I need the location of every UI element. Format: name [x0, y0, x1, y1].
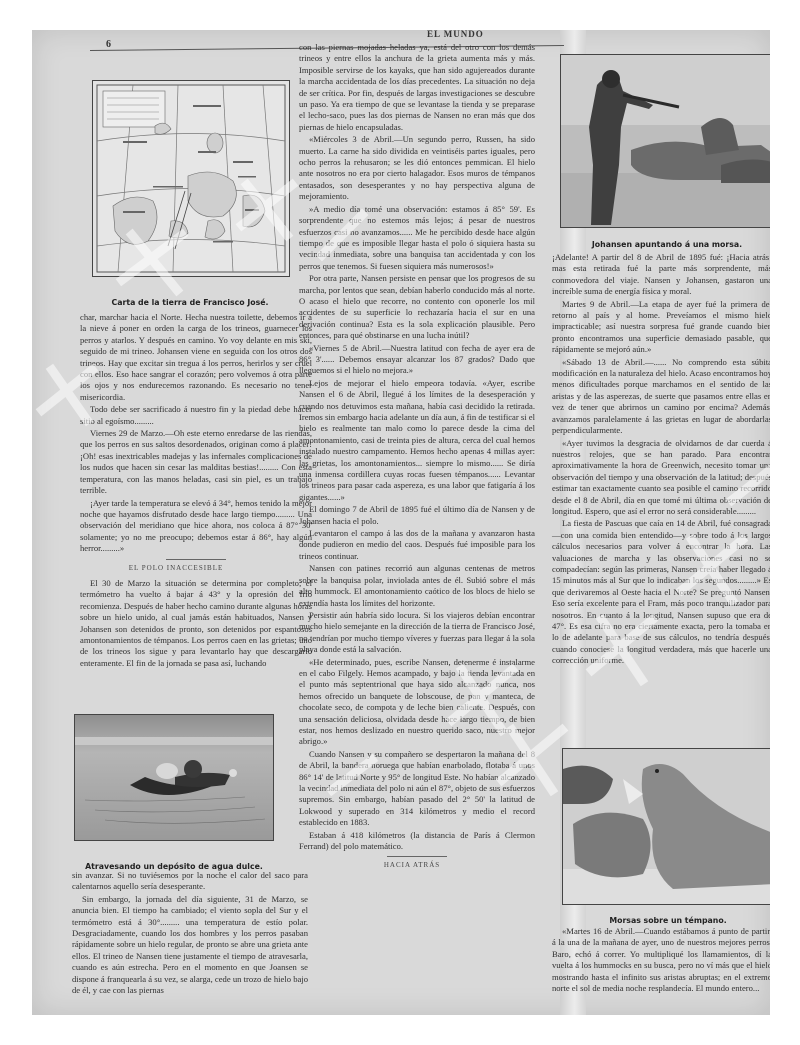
paragraph: Todo debe ser sacrificado á nuestro fin …	[80, 404, 312, 427]
hunter-caption: Johansen apuntando á una morsa.	[560, 240, 770, 249]
photo-johansen-aiming	[560, 54, 770, 228]
section-heading: EL POLO INACCESIBLE	[166, 559, 226, 574]
column-3-bottom-text: «Martes 16 de Abril.—Cuando estábamos á …	[552, 926, 770, 1015]
map-drawing	[93, 81, 289, 276]
paragraph: El domingo 7 de Abril de 1895 fué el últ…	[299, 504, 535, 527]
section-heading: HACIA ATRÁS	[387, 856, 447, 871]
paragraph: char, marchar hacia el Norte. Hecha nues…	[80, 312, 312, 403]
paragraph: ¡Adelante! A partir del 8 de Abril de 18…	[552, 252, 770, 298]
paragraph: ¡Ayer tarde la temperatura se elevó á 34…	[80, 498, 312, 555]
paragraph: Cuando Nansen y su compañero se desperta…	[299, 749, 535, 829]
paragraph: Lejos de mejorar el hielo empeora todaví…	[299, 378, 535, 503]
map-franz-josef-land	[92, 80, 290, 277]
photo-kayak-crossing	[74, 714, 274, 841]
paragraph: El 30 de Marzo la situación se determina…	[80, 578, 312, 669]
paragraph: con las piernas mojadas heladas ya, está…	[299, 42, 535, 133]
paragraph: Por otra parte, Nansen persiste en pensa…	[299, 273, 535, 341]
paragraph: «Sábado 13 de Abril.—...... No comprendo…	[552, 357, 770, 437]
map-caption: Carta de la tierra de Francisco José.	[92, 298, 288, 307]
paragraph: «Viernes 5 de Abril.—Nuestra latitud con…	[299, 343, 535, 377]
hunter-walrus-illustration	[561, 55, 770, 227]
paragraph: Martes 9 de Abril.—La etapa de ayer fué …	[552, 299, 770, 356]
column-2-text: con las piernas mojadas heladas ya, está…	[299, 42, 535, 876]
paragraph: Viernes 29 de Marzo.—Oh este eterno enre…	[80, 428, 312, 496]
paragraph: Sin embargo, la jornada del día siguient…	[72, 894, 308, 997]
photo-walruses-on-floe	[562, 748, 770, 905]
column-1-bottom-text: sin avanzar. Si no tuviésemos por la noc…	[72, 870, 308, 1015]
walrus-illustration	[563, 749, 770, 904]
page-number: 6	[106, 39, 111, 50]
paragraph: Estaban á 418 kilómetros (la distancia d…	[299, 830, 535, 853]
newspaper-page: 6 EL MUNDO	[32, 30, 770, 1015]
column-3-text: ¡Adelante! A partir del 8 de Abril de 18…	[552, 252, 770, 668]
kayak-illustration	[75, 715, 273, 840]
paragraph: «Miércoles 3 de Abril.—Un segundo perro,…	[299, 134, 535, 202]
newspaper-title: EL MUNDO	[427, 30, 484, 39]
walrus-caption: Morsas sobre un témpano.	[562, 916, 770, 925]
paragraph: Persistir aún habría sido locura. Si los…	[299, 610, 535, 656]
paragraph: La fiesta de Pascuas que caía en 14 de A…	[552, 518, 770, 666]
paragraph: Nansen con patines recorrió aun algunas …	[299, 563, 535, 609]
paragraph: sin avanzar. Si no tuviésemos por la noc…	[72, 870, 308, 893]
column-1-text: char, marchar hacia el Norte. Hecha nues…	[80, 312, 312, 670]
paragraph: Levantaron el campo á las dos de la maña…	[299, 528, 535, 562]
paragraph: «He determinado, pues, escribe Nansen, d…	[299, 657, 535, 748]
paragraph: »A medio día tomé una observación: estam…	[299, 204, 535, 272]
paragraph: «Martes 16 de Abril.—Cuando estábamos á …	[552, 926, 770, 994]
paragraph: «Ayer tuvimos la desgracia de olvidarnos…	[552, 438, 770, 518]
